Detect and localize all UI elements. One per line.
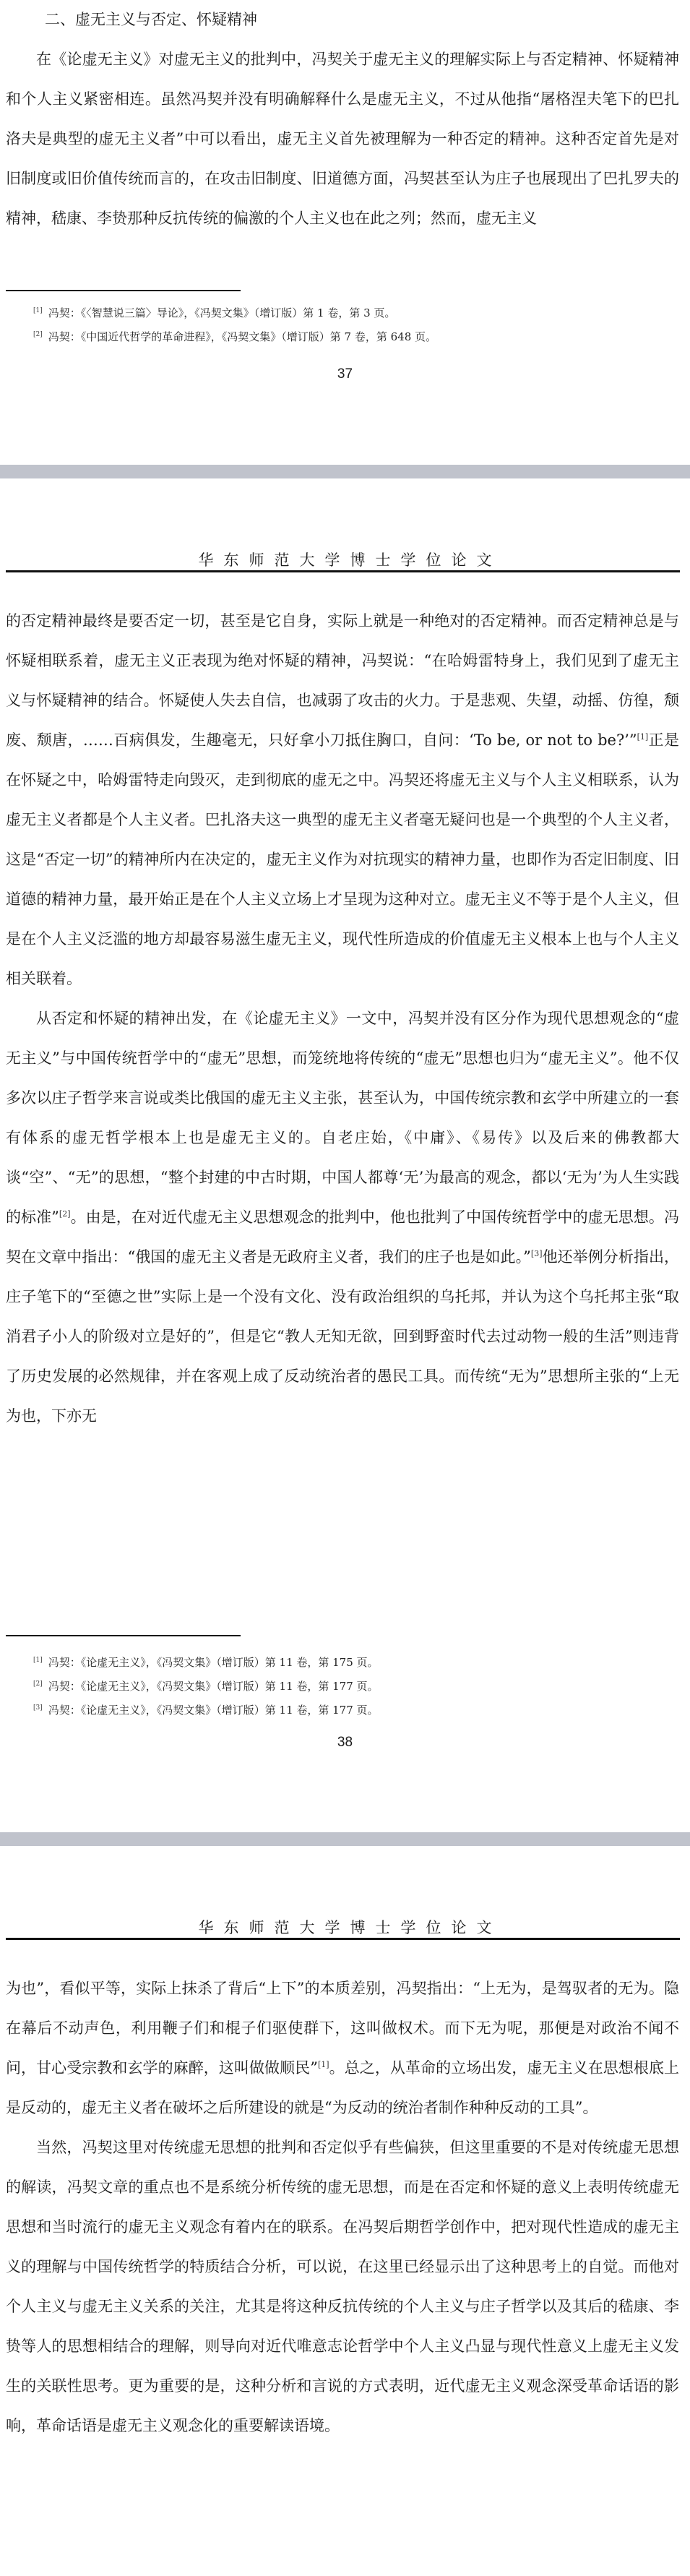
page-37-body: 在《论虚无主义》对虚无主义的批判中，冯契关于虚无主义的理解实际上与否定精神、怀疑…	[6, 40, 679, 239]
footnote-text: 冯契：《中国近代哲学的革命进程》，《冯契文集》（增订版）第 7 卷，第 648 …	[48, 330, 436, 343]
footnote-mark: [2]	[33, 331, 43, 338]
page-38-body: 的否定精神最终是要否定一切，甚至是它自身，实际上就是一种绝对的否定精神。而否定精…	[6, 601, 679, 1436]
footnote-ref[interactable]: [3]	[531, 1249, 543, 1258]
footnote: [1]冯契：《〈智慧说三篇〉导论》，《冯契文集》（增订版）第 1 卷，第 3 页…	[33, 300, 669, 324]
footnote-text: 冯契：《论虚无主义》，《冯契文集》（增订版）第 11 卷，第 175 页。	[48, 1656, 379, 1669]
footnote-ref[interactable]: [1]	[637, 732, 649, 742]
footnote-text: 冯契：《〈智慧说三篇〉导论》，《冯契文集》（增订版）第 1 卷，第 3 页。	[48, 306, 396, 319]
footnote-text: 冯契：《论虚无主义》，《冯契文集》（增订版）第 11 卷，第 177 页。	[48, 1680, 379, 1693]
footnote-mark: [1]	[33, 1657, 43, 1664]
paragraph-text: 正是在怀疑之中，哈姆雷特走向毁灭，走到彻底的虚无之中。冯契还将虚无主义与个人主义…	[6, 731, 679, 987]
footnote-ref[interactable]: [2]	[59, 1209, 71, 1219]
paragraph: 从否定和怀疑的精神出发，在《论虚无主义》一文中，冯契并没有区分作为现代思想观念的…	[6, 999, 679, 1436]
page-separator	[0, 465, 690, 478]
page-number: 38	[0, 1734, 690, 1751]
running-header: 华东师范大学博士学位论文	[0, 1918, 690, 1938]
page-39: 华东师范大学博士学位论文 为也”，看似平等，实际上抹杀了背后“上下”的本质差别，…	[0, 1846, 690, 2576]
paragraph-text: 他还举例分析指出，庄子笔下的“至德之世”实际上是一个没有文化、没有政治组织的乌托…	[6, 1248, 679, 1425]
paragraph: 当然，冯契这里对传统虚无思想的批判和否定似乎有些偏狭，但这里重要的不是对传统虚无…	[6, 2128, 679, 2446]
page-39-body: 为也”，看似平等，实际上抹杀了背后“上下”的本质差别，冯契指出：“上无为，是驾驭…	[6, 1969, 679, 2446]
footnote-divider	[6, 1635, 241, 1636]
footnote-mark: [2]	[33, 1680, 43, 1688]
paragraph: 的否定精神最终是要否定一切，甚至是它自身，实际上就是一种绝对的否定精神。而否定精…	[6, 601, 679, 999]
footnote: [2]冯契：《中国近代哲学的革命进程》，《冯契文集》（增订版）第 7 卷，第 6…	[33, 324, 669, 348]
footnotes: [1]冯契：《〈智慧说三篇〉导论》，《冯契文集》（增订版）第 1 卷，第 3 页…	[33, 300, 669, 348]
footnote: [2]冯契：《论虚无主义》，《冯契文集》（增订版）第 11 卷，第 177 页。	[33, 1673, 669, 1697]
page-38: 华东师范大学博士学位论文 的否定精神最终是要否定一切，甚至是它自身，实际上就是一…	[0, 478, 690, 1832]
running-header: 华东师范大学博士学位论文	[0, 550, 690, 570]
header-rule	[6, 1938, 680, 1940]
footnote: [1]冯契：《论虚无主义》，《冯契文集》（增订版）第 11 卷，第 175 页。	[33, 1649, 669, 1673]
footnote-text: 冯契：《论虚无主义》，《冯契文集》（增订版）第 11 卷，第 177 页。	[48, 1704, 379, 1717]
paragraph-text: 当然，冯契这里对传统虚无思想的批判和否定似乎有些偏狭，但这里重要的不是对传统虚无…	[6, 2139, 679, 2434]
paragraph-text: 从否定和怀疑的精神出发，在《论虚无主义》一文中，冯契并没有区分作为现代思想观念的…	[6, 1010, 679, 1226]
section-heading: 二、虚无主义与否定、怀疑精神	[45, 9, 257, 30]
footnote-divider	[6, 290, 241, 291]
page-37: 二、虚无主义与否定、怀疑精神 在《论虚无主义》对虚无主义的批判中，冯契关于虚无主…	[0, 0, 690, 465]
paragraph: 在《论虚无主义》对虚无主义的批判中，冯契关于虚无主义的理解实际上与否定精神、怀疑…	[6, 40, 679, 239]
paragraph-text: 的否定精神最终是要否定一切，甚至是它自身，实际上就是一种绝对的否定精神。而否定精…	[6, 612, 679, 749]
paragraph: 为也”，看似平等，实际上抹杀了背后“上下”的本质差别，冯契指出：“上无为，是驾驭…	[6, 1969, 679, 2128]
page-separator	[0, 1832, 690, 1846]
footnote-ref[interactable]: [1]	[318, 2060, 329, 2069]
header-rule	[6, 570, 680, 572]
page-number: 37	[0, 366, 690, 383]
footnote-mark: [1]	[33, 307, 43, 314]
footnote: [3]冯契：《论虚无主义》，《冯契文集》（增订版）第 11 卷，第 177 页。	[33, 1697, 669, 1721]
paragraph-text: 在《论虚无主义》对虚无主义的批判中，冯契关于虚无主义的理解实际上与否定精神、怀疑…	[6, 51, 679, 227]
footnote-mark: [3]	[33, 1704, 43, 1712]
footnotes: [1]冯契：《论虚无主义》，《冯契文集》（增订版）第 11 卷，第 175 页。…	[33, 1649, 669, 1721]
